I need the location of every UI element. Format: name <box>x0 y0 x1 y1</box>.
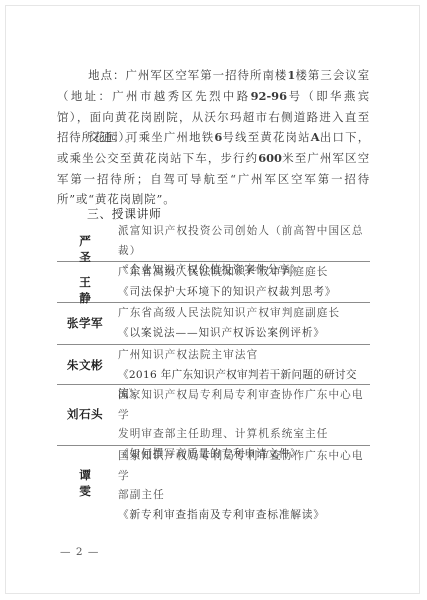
lecturer-table: 严 圣 派富知识产权投资公司创始人（前高智中国区总裁） 《企业知识产权价值投资案… <box>57 221 370 508</box>
lecturer-name: 朱文彬 <box>57 357 113 373</box>
lecturer-row: 谭 雯 国家知识产权局专利局专利审查协作广东中心电学 部副主任 《新专利审查指南… <box>57 446 370 508</box>
lecturer-title: 广东省高级人民法院知识产权审判庭副庭长 <box>118 304 370 324</box>
lecturer-name: 谭 雯 <box>57 467 113 499</box>
lecturer-title: 发明审查部主任助理、计算机系统室主任 <box>118 425 370 445</box>
lecturer-title: 国家知识产权局专利局专利审查协作广东中心电学 <box>118 386 370 425</box>
lecturer-title: 国家知识产权局专利局专利审查协作广东中心电学 <box>118 447 370 486</box>
lecturer-row: 刘石头 国家知识产权局专利局专利审查协作广东中心电学 发明审查部主任助理、计算机… <box>57 385 370 446</box>
page-number: — 2 — <box>60 546 99 558</box>
lecturer-info: 广东省高级人民法院知识产权审判庭庭长 《司法保护大环境下的知识产权裁判思考》 <box>118 263 370 302</box>
lecturer-title: 派富知识产权投资公司创始人（前高智中国区总裁） <box>118 222 370 261</box>
lecturer-topic: 《司法保护大环境下的知识产权裁判思考》 <box>118 283 370 303</box>
section-heading: 三、授课讲师 <box>87 205 161 222</box>
lecturer-name: 王 静 <box>57 274 113 306</box>
lecturer-name: 张学军 <box>57 315 113 331</box>
transport-paragraph: 交通：可乘坐广州地铁6号线至黄花岗站A出口下，或乘坐公交至黄花岗站下车，步行约6… <box>57 127 370 210</box>
lecturer-title: 广州知识产权法院主审法官 <box>118 346 370 366</box>
lecturer-topic: 《新专利审查指南及专利审查标准解读》 <box>118 506 370 526</box>
lecturer-row: 朱文彬 广州知识产权法院主审法官 《2016 年广东知识产权审判若干新问题的研讨… <box>57 345 370 385</box>
lecturer-row: 严 圣 派富知识产权投资公司创始人（前高智中国区总裁） 《企业知识产权价值投资案… <box>57 221 370 262</box>
lecturer-topic: 《以案说法——知识产权诉讼案例评析》 <box>118 324 370 344</box>
transport-label: 交通： <box>88 130 126 144</box>
lecturer-row: 王 静 广东省高级人民法院知识产权审判庭庭长 《司法保护大环境下的知识产权裁判思… <box>57 262 370 303</box>
lecturer-title: 部副主任 <box>118 486 370 506</box>
lecturer-info: 国家知识产权局专利局专利审查协作广东中心电学 部副主任 《新专利审查指南及专利审… <box>118 447 370 525</box>
location-label: 地点： <box>88 68 126 82</box>
lecturer-name: 严 圣 <box>57 233 113 265</box>
lecturer-info: 广东省高级人民法院知识产权审判庭副庭长 《以案说法——知识产权诉讼案例评析》 <box>118 304 370 343</box>
lecturer-title: 广东省高级人民法院知识产权审判庭庭长 <box>118 263 370 283</box>
lecturer-name: 刘石头 <box>57 406 113 422</box>
lecturer-row: 张学军 广东省高级人民法院知识产权审判庭副庭长 《以案说法——知识产权诉讼案例评… <box>57 303 370 345</box>
